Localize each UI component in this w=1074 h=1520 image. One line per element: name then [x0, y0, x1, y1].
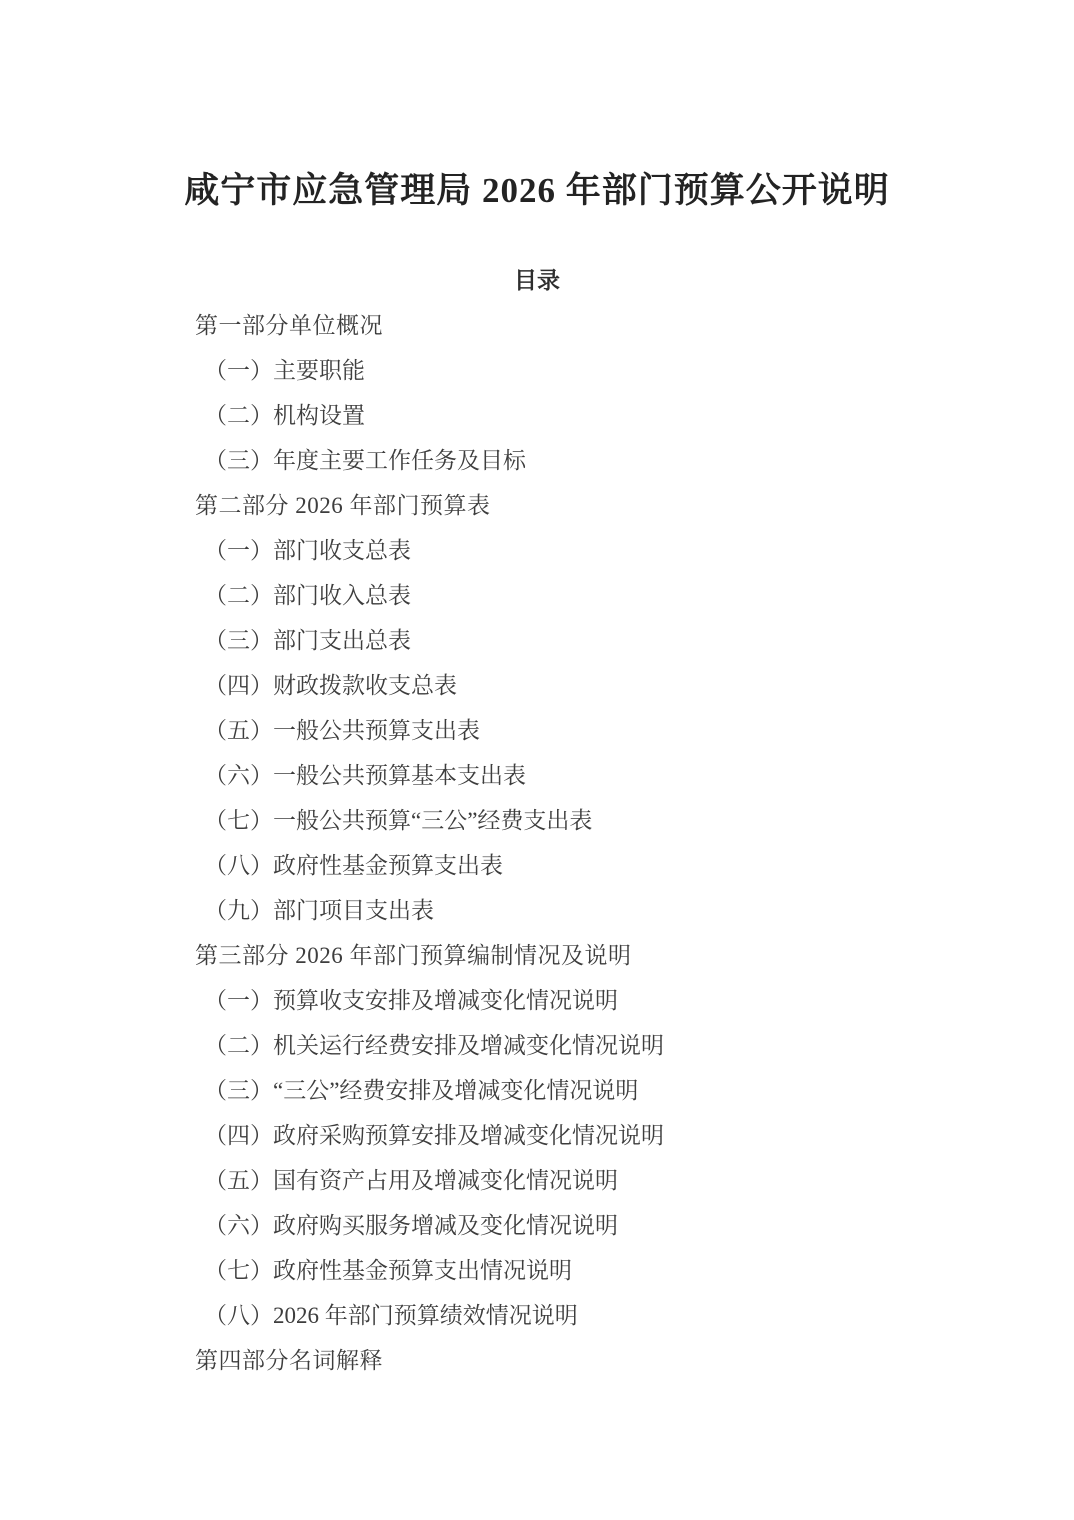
toc-entry: （七）政府性基金预算支出情况说明 — [195, 1248, 954, 1293]
toc-entry: （一）主要职能 — [195, 348, 954, 393]
toc-list: 第一部分单位概况 （一）主要职能 （二）机构设置 （三）年度主要工作任务及目标 … — [195, 303, 954, 1383]
toc-entry-text: （四）政府采购预算安排及增减变化情况说明 — [204, 1123, 664, 1148]
toc-entry-text: （一）预算收支安排及增减变化情况说明 — [204, 988, 618, 1013]
toc-entry-text: 第二部分 2026 年部门预算表 — [195, 493, 491, 518]
toc-entry: 第二部分 2026 年部门预算表 — [195, 483, 954, 528]
toc-entry: 第四部分名词解释 — [195, 1338, 954, 1383]
toc-entry-text: （四）财政拨款收支总表 — [204, 673, 457, 698]
toc-entry: （九）部门项目支出表 — [195, 888, 954, 933]
toc-entry: （四）政府采购预算安排及增减变化情况说明 — [195, 1113, 954, 1158]
toc-entry-text: （三）部门支出总表 — [204, 628, 411, 653]
toc-entry-text: （一）部门收支总表 — [204, 538, 411, 563]
toc-entry-text: （二）机构设置 — [204, 403, 365, 428]
toc-entry-text: （三）年度主要工作任务及目标 — [204, 448, 526, 473]
toc-entry: （六）一般公共预算基本支出表 — [195, 753, 954, 798]
toc-entry-text: （二）机关运行经费安排及增减变化情况说明 — [204, 1033, 664, 1058]
toc-entry: （五）国有资产占用及增减变化情况说明 — [195, 1158, 954, 1203]
toc-entry: （一）部门收支总表 — [195, 528, 954, 573]
toc-entry: （五）一般公共预算支出表 — [195, 708, 954, 753]
toc-entry-text: 第三部分 2026 年部门预算编制情况及说明 — [195, 943, 632, 968]
toc-entry: （七）一般公共预算“三公”经费支出表 — [195, 798, 954, 843]
toc-entry: （八）政府性基金预算支出表 — [195, 843, 954, 888]
toc-entry-text: （三）“三公”经费安排及增减变化情况说明 — [204, 1078, 638, 1103]
toc-entry: （三）年度主要工作任务及目标 — [195, 438, 954, 483]
toc-entry-text: （五）一般公共预算支出表 — [204, 718, 480, 743]
toc-entry-text: （七）一般公共预算“三公”经费支出表 — [204, 808, 592, 833]
toc-entry: （一）预算收支安排及增减变化情况说明 — [195, 978, 954, 1023]
toc-entry-text: （六）政府购买服务增减及变化情况说明 — [204, 1213, 618, 1238]
toc-entry: （二）机构设置 — [195, 393, 954, 438]
toc-entry-text: （六）一般公共预算基本支出表 — [204, 763, 526, 788]
toc-entry-text: （五）国有资产占用及增减变化情况说明 — [204, 1168, 618, 1193]
toc-entry-text: （二）部门收入总表 — [204, 583, 411, 608]
toc-entry-text: （八）政府性基金预算支出表 — [204, 853, 503, 878]
toc-entry: （三）“三公”经费安排及增减变化情况说明 — [195, 1068, 954, 1113]
document-page: 咸宁市应急管理局 2026 年部门预算公开说明 目录 第一部分单位概况 （一）主… — [0, 0, 1074, 1520]
toc-entry: （二）部门收入总表 — [195, 573, 954, 618]
toc-entry: 第一部分单位概况 — [195, 303, 954, 348]
toc-entry: （六）政府购买服务增减及变化情况说明 — [195, 1203, 954, 1248]
toc-entry-text: （九）部门项目支出表 — [204, 898, 434, 923]
toc-entry: （三）部门支出总表 — [195, 618, 954, 663]
toc-entry: （二）机关运行经费安排及增减变化情况说明 — [195, 1023, 954, 1068]
toc-heading: 目录 — [0, 262, 1074, 295]
toc-entry: 第三部分 2026 年部门预算编制情况及说明 — [195, 933, 954, 978]
toc-entry-text: （一）主要职能 — [204, 358, 365, 383]
toc-entry-text: （八）2026 年部门预算绩效情况说明 — [204, 1303, 578, 1328]
toc-entry: （八）2026 年部门预算绩效情况说明 — [195, 1293, 954, 1338]
page-title: 咸宁市应急管理局 2026 年部门预算公开说明 — [0, 163, 1074, 213]
toc-entry-text: 第四部分名词解释 — [195, 1348, 383, 1373]
toc-entry-text: （七）政府性基金预算支出情况说明 — [204, 1258, 572, 1283]
toc-entry: （四）财政拨款收支总表 — [195, 663, 954, 708]
toc-entry-text: 第一部分单位概况 — [195, 313, 383, 338]
